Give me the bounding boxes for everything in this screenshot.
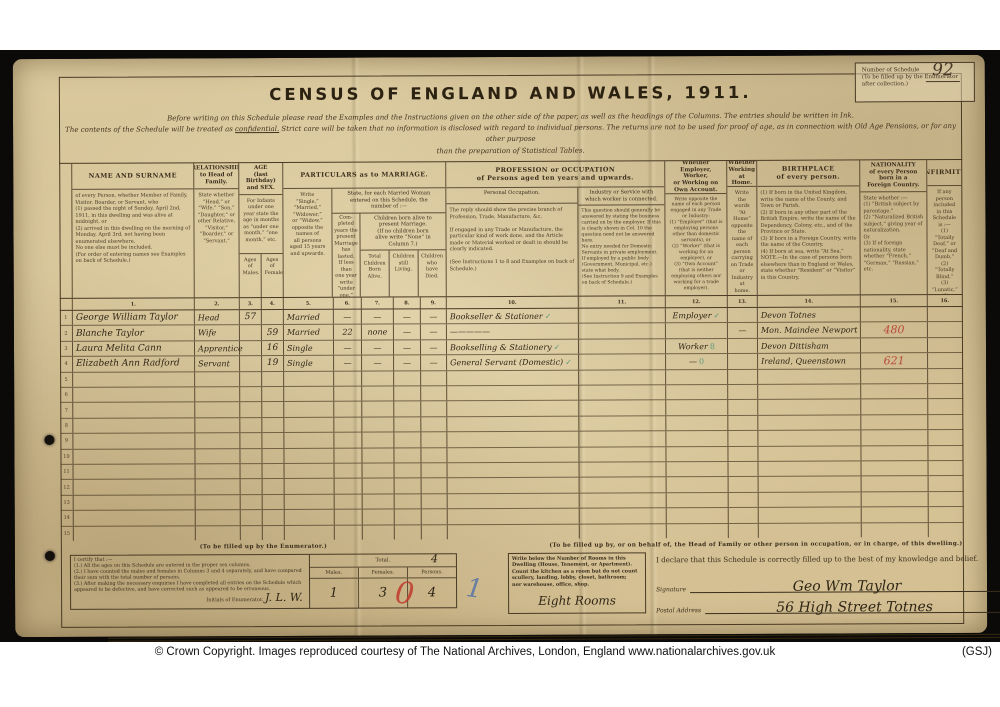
cell-marriage-years bbox=[335, 510, 363, 525]
cell-name bbox=[74, 480, 196, 495]
cell-nationality bbox=[861, 307, 928, 322]
males-label: Males. bbox=[310, 568, 359, 578]
confidential-underlined: confidential. bbox=[235, 125, 279, 133]
cell-employer-worker bbox=[666, 431, 728, 446]
cell-marriage-years bbox=[334, 371, 362, 386]
cell-children-living bbox=[394, 386, 421, 401]
cell-birthplace: Devon Totnes bbox=[758, 307, 861, 322]
col-nationality: NATIONALITY of every Person born in a Fo… bbox=[860, 160, 928, 294]
cell-nationality bbox=[862, 492, 929, 507]
cell-children-living: — bbox=[394, 309, 421, 324]
cell-industry bbox=[579, 308, 666, 323]
cell-industry bbox=[580, 478, 667, 493]
cell-birthplace bbox=[759, 523, 862, 538]
cell-industry bbox=[579, 324, 666, 339]
cell-industry bbox=[579, 401, 666, 416]
cell-industry bbox=[579, 370, 666, 385]
cell-relationship bbox=[196, 526, 241, 541]
table-row: 15 bbox=[61, 523, 964, 541]
cell-children-born: none bbox=[362, 325, 394, 340]
cell-children-living bbox=[395, 479, 422, 494]
cell-age-male bbox=[240, 433, 262, 448]
cell-row-number: 8 bbox=[60, 419, 73, 433]
cell-infirmity bbox=[929, 523, 963, 538]
cell-nationality bbox=[861, 369, 928, 384]
males-value: 1 bbox=[310, 579, 359, 608]
persons-top-value: 4 bbox=[431, 552, 438, 565]
cell-marriage-years: — bbox=[334, 356, 362, 371]
cell-relationship bbox=[195, 433, 240, 448]
cell-children-born bbox=[362, 386, 394, 401]
cell-industry bbox=[579, 339, 666, 354]
cell-occupation bbox=[447, 447, 579, 462]
cell-employer-worker bbox=[666, 447, 728, 462]
cell-name: Blanche Taylor bbox=[73, 326, 195, 341]
cell-nationality bbox=[861, 338, 928, 353]
red-pencil-zero-mark: 0 bbox=[393, 576, 416, 613]
cell-name: Elizabeth Ann Radford bbox=[73, 357, 195, 372]
cell-name bbox=[74, 526, 196, 541]
cell-age-male bbox=[240, 356, 262, 371]
cell-row-number: 3 bbox=[60, 342, 73, 356]
cell-infirmity bbox=[928, 446, 962, 461]
cell-infirmity bbox=[929, 461, 963, 476]
col-children-living: Children still Living. bbox=[390, 250, 419, 296]
cell-children-born: — bbox=[362, 356, 394, 371]
cell-birthplace bbox=[758, 384, 861, 399]
cell-row-number: 7 bbox=[60, 403, 73, 417]
enumerator-section-header: (To be filled up by the Enumerator.) bbox=[70, 543, 457, 551]
cell-marital-status: Single bbox=[284, 341, 334, 356]
cell-working-at-home bbox=[728, 308, 758, 323]
cell-nationality bbox=[862, 477, 929, 492]
cell-age-female bbox=[263, 464, 285, 479]
cell-children-born bbox=[363, 525, 395, 540]
cell-name bbox=[74, 511, 196, 526]
cell-row-number: 11 bbox=[61, 465, 74, 479]
cell-employer-worker bbox=[666, 400, 728, 415]
cell-children-living bbox=[394, 402, 421, 417]
cell-working-at-home bbox=[729, 462, 759, 477]
cell-relationship bbox=[196, 495, 241, 510]
cell-relationship: Head bbox=[195, 310, 240, 325]
cell-working-at-home bbox=[729, 477, 759, 492]
cell-relationship: Wife bbox=[195, 326, 240, 341]
cell-name bbox=[73, 418, 195, 433]
signature-label: Signature bbox=[656, 586, 686, 593]
declaration-block: I declare that this Schedule is correctl… bbox=[656, 554, 1000, 615]
totals-table: Total. 4 Males. Females. Persons. 1 3 4 bbox=[310, 554, 457, 608]
cell-working-at-home bbox=[728, 385, 758, 400]
form-printed-border: Number of Schedule (To be filled up by t… bbox=[59, 73, 964, 628]
cell-nationality bbox=[862, 507, 929, 522]
col-personal-occupation: Personal Occupation. The reply should sh… bbox=[446, 188, 578, 297]
cell-industry bbox=[580, 493, 667, 508]
cell-age-male bbox=[240, 418, 262, 433]
cell-children-died bbox=[421, 402, 447, 417]
cell-marriage-years bbox=[334, 433, 362, 448]
cell-occupation bbox=[447, 416, 579, 431]
cell-birthplace bbox=[759, 492, 862, 507]
col-birthplace: BIRTHPLACE of every person. (1) If born … bbox=[757, 160, 861, 294]
cell-children-living bbox=[394, 433, 421, 448]
col-name-surname: NAME AND SURNAME of every Person, whethe… bbox=[72, 163, 195, 298]
cell-marital-status bbox=[284, 433, 334, 448]
cell-age-male bbox=[240, 341, 262, 356]
cell-children-died bbox=[422, 494, 448, 509]
cell-name bbox=[73, 434, 195, 449]
cell-children-born bbox=[363, 494, 395, 509]
address-value: 56 High Street Totnes bbox=[776, 599, 933, 616]
bottom-double-rule bbox=[108, 634, 1000, 642]
rooms-value: Eight Rooms bbox=[512, 593, 642, 609]
cell-working-at-home bbox=[729, 493, 759, 508]
col-relationship: RELATIONSHIP to Head of Family. State wh… bbox=[194, 163, 240, 297]
cell-relationship: Servant bbox=[195, 356, 240, 371]
cell-employer-worker bbox=[666, 370, 728, 385]
cell-row-number: 1 bbox=[60, 311, 73, 325]
cell-occupation bbox=[448, 478, 580, 493]
census-form-paper: Number of Schedule (To be filled up by t… bbox=[13, 55, 988, 637]
cell-row-number: 15 bbox=[61, 527, 74, 541]
cell-industry bbox=[579, 447, 666, 462]
coder-check-mark: ✓ bbox=[545, 311, 552, 320]
cell-employer-worker bbox=[667, 524, 729, 539]
cell-industry bbox=[579, 416, 666, 431]
cell-birthplace: Devon Dittisham bbox=[758, 338, 861, 353]
cell-industry bbox=[579, 385, 666, 400]
cell-children-born bbox=[362, 448, 394, 463]
col-age-males: Ages of Males. bbox=[240, 254, 262, 297]
persons-label: Persons. bbox=[408, 567, 456, 577]
cell-infirmity bbox=[929, 476, 963, 491]
declaration-section-header: (To be filled up by, or on behalf of, th… bbox=[508, 541, 1000, 549]
cell-age-female: 16 bbox=[262, 341, 284, 356]
cell-marital-status bbox=[285, 510, 335, 525]
cell-marriage-years bbox=[335, 479, 363, 494]
cell-children-died: — bbox=[421, 309, 447, 324]
cell-name bbox=[73, 449, 195, 464]
cell-occupation bbox=[447, 370, 579, 385]
cell-children-living bbox=[395, 463, 422, 478]
cell-employer-worker: Employer✓ bbox=[666, 308, 728, 323]
enumerator-initials: Initials of Enumerator. J. L. W. bbox=[206, 591, 303, 605]
cell-birthplace bbox=[759, 508, 862, 523]
cell-age-male bbox=[240, 372, 262, 387]
cell-employer-worker: Worker8 bbox=[666, 339, 728, 354]
cell-row-number: 13 bbox=[61, 496, 74, 510]
cell-row-number: 12 bbox=[61, 480, 74, 494]
col-children-group: Children born alive to present Marriage.… bbox=[360, 213, 445, 297]
cell-row-number: 9 bbox=[60, 434, 73, 448]
coder-mark: ✓ bbox=[713, 311, 720, 320]
cell-children-born bbox=[362, 371, 394, 386]
cell-working-at-home bbox=[728, 447, 758, 462]
cell-marriage-years: — bbox=[334, 310, 362, 325]
cell-relationship bbox=[195, 403, 240, 418]
cell-working-at-home bbox=[728, 431, 758, 446]
cell-occupation bbox=[448, 494, 580, 509]
cell-working-at-home: — bbox=[728, 323, 758, 338]
col-working-at-home: Whether Working at Home. Write the words… bbox=[727, 161, 758, 295]
cell-employer-worker bbox=[666, 385, 728, 400]
cell-row-number: 6 bbox=[60, 388, 73, 402]
cell-marriage-years: 22 bbox=[334, 325, 362, 340]
cell-name bbox=[73, 387, 195, 402]
cell-children-died: — bbox=[421, 325, 447, 340]
cell-children-died bbox=[422, 479, 448, 494]
cell-name bbox=[73, 372, 195, 387]
table-header: NAME AND SURNAME of every Person, whethe… bbox=[59, 160, 963, 299]
cell-children-died bbox=[421, 432, 447, 447]
cell-children-died bbox=[421, 448, 447, 463]
cell-marriage-years bbox=[335, 494, 363, 509]
cell-nationality bbox=[861, 415, 928, 430]
signature-value: Geo Wm Taylor bbox=[793, 578, 902, 594]
cell-relationship: Apprentice bbox=[195, 341, 240, 356]
cell-name bbox=[74, 464, 196, 479]
cell-age-female bbox=[262, 310, 284, 325]
cell-working-at-home bbox=[728, 339, 758, 354]
cell-children-living bbox=[394, 417, 421, 432]
cell-marital-status bbox=[284, 418, 334, 433]
cell-children-died: — bbox=[421, 340, 447, 355]
cell-name bbox=[73, 403, 195, 418]
cell-age-female: 59 bbox=[262, 325, 284, 340]
image-footer: © Crown Copyright. Images reproduced cou… bbox=[0, 642, 1000, 707]
cell-nationality bbox=[861, 446, 928, 461]
cell-age-male bbox=[241, 526, 263, 541]
cell-marital-status bbox=[285, 525, 335, 540]
cell-row-number: 4 bbox=[60, 357, 73, 371]
cell-marital-status bbox=[284, 402, 334, 417]
cell-age-female bbox=[263, 495, 285, 510]
preamble: Before writing on this Schedule please r… bbox=[60, 110, 961, 159]
cell-nationality bbox=[862, 523, 929, 538]
cell-nationality: 621 bbox=[861, 353, 928, 368]
address-row: Postal Address 56 High Street Totnes bbox=[656, 596, 1000, 615]
cell-birthplace bbox=[759, 477, 862, 492]
cell-infirmity bbox=[928, 338, 962, 353]
cell-infirmity bbox=[928, 369, 962, 384]
cell-children-died bbox=[421, 417, 447, 432]
cell-infirmity bbox=[929, 492, 963, 507]
cell-occupation bbox=[448, 524, 580, 539]
cell-marriage-years bbox=[335, 525, 363, 540]
cell-industry bbox=[579, 354, 666, 369]
cell-employer-worker bbox=[667, 493, 729, 508]
cell-industry bbox=[580, 524, 667, 539]
cell-age-male bbox=[241, 495, 263, 510]
cell-infirmity bbox=[928, 307, 962, 322]
cell-marital-status bbox=[285, 464, 335, 479]
coder-check-mark: ✓ bbox=[565, 358, 572, 367]
cell-working-at-home bbox=[728, 354, 758, 369]
cell-marriage-years: — bbox=[334, 340, 362, 355]
cell-children-born: — bbox=[362, 309, 394, 324]
cell-marital-status: Single bbox=[284, 356, 334, 371]
cell-marital-status bbox=[284, 387, 334, 402]
cell-age-male bbox=[241, 480, 263, 495]
cell-marital-status bbox=[284, 371, 334, 386]
cell-age-male bbox=[240, 325, 262, 340]
cell-children-born bbox=[363, 510, 395, 525]
cell-row-number: 2 bbox=[60, 326, 73, 340]
cell-birthplace: Mon. Maindee Newport bbox=[758, 323, 861, 338]
reference-tag: (GSJ) bbox=[962, 646, 992, 658]
cell-age-female bbox=[262, 418, 284, 433]
rooms-box: Write below the Number of Rooms in this … bbox=[508, 552, 646, 614]
cell-occupation bbox=[448, 463, 580, 478]
cell-birthplace bbox=[758, 446, 861, 461]
cell-employer-worker bbox=[667, 477, 729, 492]
census-table: NAME AND SURNAME of every Person, whethe… bbox=[59, 159, 964, 540]
cell-children-living: — bbox=[394, 340, 421, 355]
cell-working-at-home bbox=[728, 416, 758, 431]
col-employer-worker: Whether Employer, Worker, or Working on … bbox=[665, 161, 728, 295]
cell-relationship bbox=[196, 480, 241, 495]
cell-age-male bbox=[240, 402, 262, 417]
cell-occupation: ————— bbox=[447, 324, 579, 339]
cell-children-died bbox=[422, 463, 448, 478]
cell-children-living: — bbox=[394, 325, 421, 340]
form-title: CENSUS OF ENGLAND AND WALES, 1911. bbox=[60, 82, 961, 105]
cell-occupation bbox=[447, 401, 579, 416]
cell-children-died: — bbox=[421, 355, 447, 370]
cell-marriage-years bbox=[334, 417, 362, 432]
cell-marital-status: Married bbox=[284, 310, 334, 325]
cell-occupation bbox=[447, 432, 579, 447]
table-rows: 1 George William Taylor Head 57 Married … bbox=[60, 307, 964, 541]
col-married-woman-group: State, for each Married Woman entered on… bbox=[332, 188, 445, 296]
cell-working-at-home bbox=[729, 524, 759, 539]
cell-infirmity bbox=[928, 415, 962, 430]
cell-relationship bbox=[196, 510, 241, 525]
cell-age-female bbox=[262, 387, 284, 402]
cell-children-died bbox=[421, 386, 447, 401]
cell-occupation: General Servant (Domestic)✓ bbox=[447, 355, 579, 370]
cell-birthplace bbox=[758, 431, 861, 446]
cell-marriage-years bbox=[334, 387, 362, 402]
cell-children-born: — bbox=[362, 340, 394, 355]
cell-children-living bbox=[395, 510, 422, 525]
cell-infirmity bbox=[928, 430, 962, 445]
col-infirmity: INFIRMITY. If any person included in thi… bbox=[927, 160, 962, 294]
coder-check-mark: ✓ bbox=[554, 342, 561, 351]
cell-row-number: 14 bbox=[61, 511, 74, 525]
cell-marital-status bbox=[285, 479, 335, 494]
cell-age-female bbox=[263, 479, 285, 494]
cell-relationship bbox=[195, 418, 240, 433]
punch-hole bbox=[44, 435, 54, 445]
cell-marital-status bbox=[284, 448, 334, 463]
cell-working-at-home bbox=[728, 369, 758, 384]
cell-children-living bbox=[395, 494, 422, 509]
cell-children-died bbox=[422, 525, 448, 540]
cell-children-died bbox=[421, 371, 447, 386]
cell-age-male bbox=[241, 464, 263, 479]
cell-employer-worker bbox=[667, 508, 729, 523]
cell-infirmity bbox=[928, 384, 962, 399]
col-age-females: Ages of Females. bbox=[262, 254, 283, 297]
cell-children-born bbox=[362, 402, 394, 417]
cell-nationality bbox=[861, 400, 928, 415]
cell-birthplace: Ireland, Queenstown bbox=[758, 354, 861, 369]
cell-age-female bbox=[262, 433, 284, 448]
cell-relationship bbox=[196, 464, 241, 479]
cell-children-born bbox=[363, 479, 395, 494]
address-label: Postal Address bbox=[656, 607, 701, 614]
copyright-text: © Crown Copyright. Images reproduced cou… bbox=[0, 646, 930, 658]
cell-working-at-home bbox=[729, 508, 759, 523]
cell-infirmity bbox=[928, 399, 962, 414]
cell-birthplace bbox=[758, 400, 861, 415]
cell-employer-worker bbox=[667, 462, 729, 477]
cell-name bbox=[74, 495, 196, 510]
cell-row-number: 5 bbox=[60, 372, 73, 386]
cell-occupation bbox=[447, 386, 579, 401]
cell-employer-worker bbox=[666, 323, 728, 338]
cell-children-living bbox=[395, 525, 422, 540]
cell-nationality: 480 bbox=[861, 323, 928, 338]
cell-name: George William Taylor bbox=[73, 310, 195, 325]
cell-children-living bbox=[394, 371, 421, 386]
col-industry-service: Industry or Service with which worker is… bbox=[578, 187, 664, 295]
cell-marriage-years bbox=[334, 448, 362, 463]
cell-marriage-years bbox=[335, 464, 363, 479]
cell-industry bbox=[579, 432, 666, 447]
cell-children-born bbox=[362, 433, 394, 448]
enumerator-certification: I certify that :— (1.) All the ages on t… bbox=[71, 555, 310, 609]
col-profession-group: PROFESSION or OCCUPATION of Persons aged… bbox=[446, 161, 666, 296]
cell-children-born bbox=[363, 464, 395, 479]
col-marriage-group: PARTICULARS as to MARRIAGE. Write “Singl… bbox=[283, 162, 447, 297]
col-children-died: Children who have Died. bbox=[418, 250, 446, 296]
totals-title: Total. bbox=[375, 557, 390, 563]
cell-children-living bbox=[394, 448, 421, 463]
enumerator-initials-value: J. L. W. bbox=[265, 591, 303, 604]
scan-background: Number of Schedule (To be filled up by t… bbox=[0, 50, 1000, 642]
row-number-header bbox=[59, 164, 73, 298]
col-children-born: Total Children Born Alive. bbox=[361, 250, 390, 296]
cell-relationship bbox=[195, 449, 240, 464]
cell-relationship bbox=[195, 387, 240, 402]
cell-age-female bbox=[262, 402, 284, 417]
col-age-sex: AGE (last Birthday) and SEX. For Infants… bbox=[239, 163, 284, 297]
signature-row: Signature Geo Wm Taylor bbox=[656, 575, 1000, 594]
cell-occupation: Bookselling & Stationery✓ bbox=[447, 339, 579, 354]
cell-infirmity bbox=[929, 507, 963, 522]
schedule-number-value: 92 bbox=[926, 59, 960, 82]
cell-age-male bbox=[241, 510, 263, 525]
col-marital-status: Write “Single,” “Married,” “Widower,” or… bbox=[283, 189, 332, 297]
cell-industry bbox=[580, 509, 667, 524]
cell-age-female: 19 bbox=[262, 356, 284, 371]
col-marriage-years: Com- pleted years the present Marriage h… bbox=[332, 213, 360, 297]
cell-birthplace bbox=[758, 369, 861, 384]
cell-row-number: 10 bbox=[60, 450, 73, 464]
cell-age-female bbox=[263, 510, 285, 525]
declaration-text: I declare that this Schedule is correctl… bbox=[656, 554, 1000, 565]
cell-age-female bbox=[262, 372, 284, 387]
cell-nationality bbox=[861, 430, 928, 445]
cell-relationship bbox=[195, 372, 240, 387]
cell-birthplace bbox=[758, 415, 861, 430]
cell-infirmity bbox=[928, 353, 962, 368]
cell-nationality bbox=[862, 461, 929, 476]
cell-children-born bbox=[362, 417, 394, 432]
cell-birthplace bbox=[759, 461, 862, 476]
